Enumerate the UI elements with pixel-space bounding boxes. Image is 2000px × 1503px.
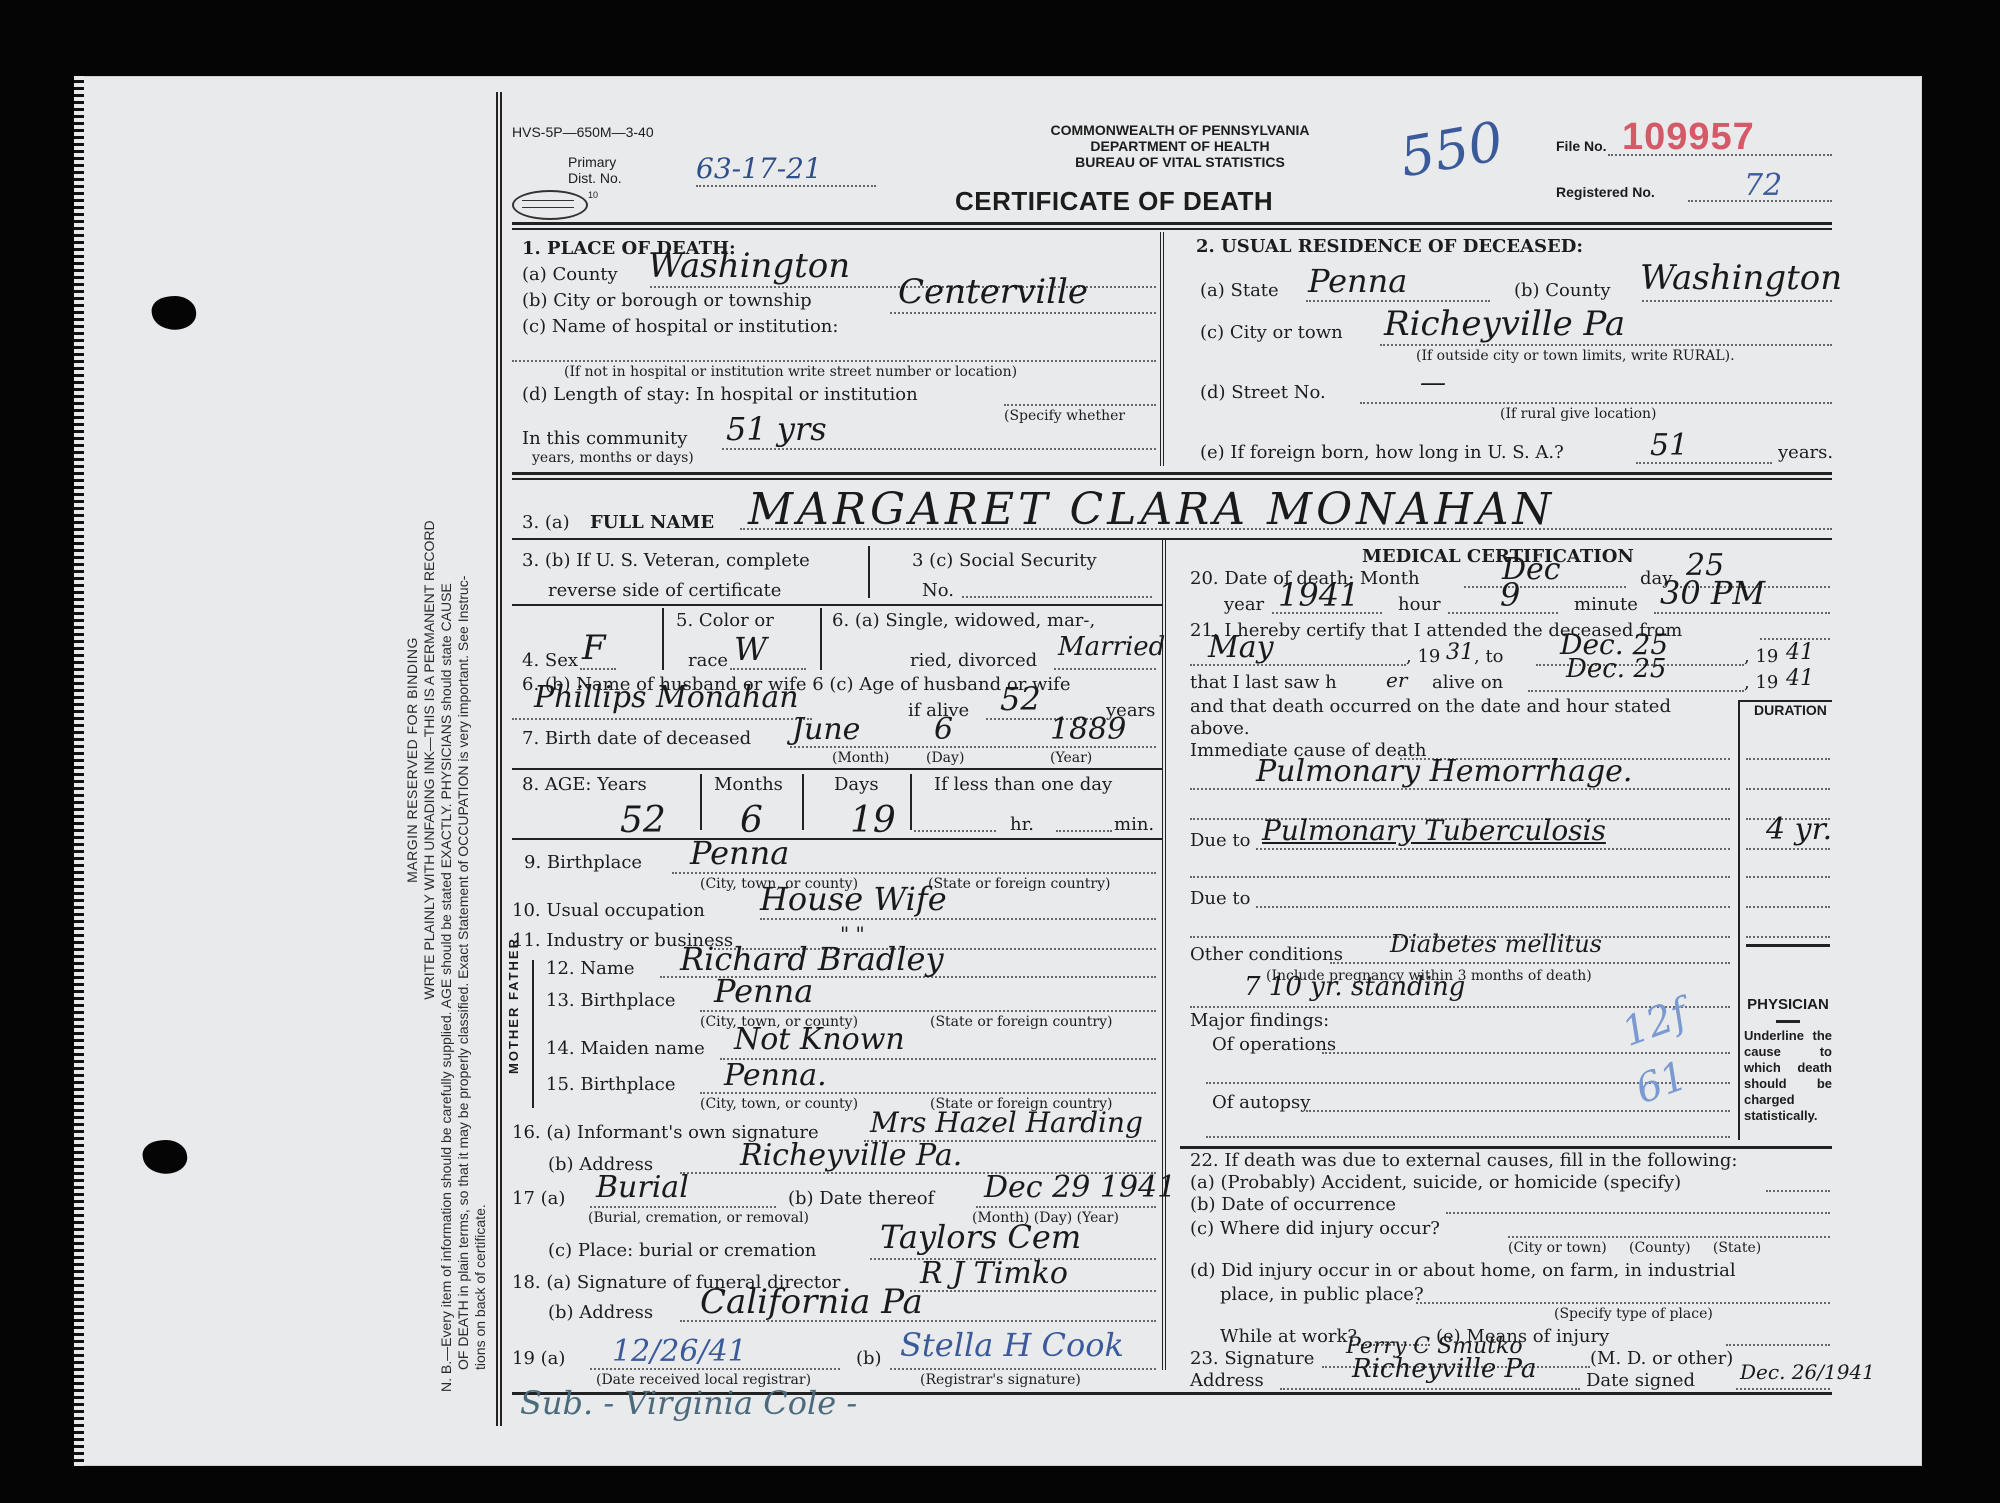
residence-street-value: —	[1420, 368, 1446, 398]
to-year-value: 41	[1786, 640, 1814, 665]
physician-note: Underline the cause to which death shoul…	[1744, 1028, 1832, 1124]
from-year-prefix: , 19	[1406, 646, 1440, 667]
to-label: , to	[1474, 646, 1504, 667]
agency-block: COMMONWEALTH OF PENNSYLVANIA DEPARTMENT …	[980, 122, 1380, 170]
operations-line	[1322, 1052, 1730, 1054]
burial-note: (Burial, cremation, or removal)	[588, 1210, 809, 1226]
due-to-1-duration: 4 yr.	[1766, 812, 1832, 847]
community-label: In this community	[522, 428, 687, 449]
race-label: 5. Color or	[676, 610, 774, 631]
major-findings-label: Major findings:	[1190, 1010, 1329, 1031]
parents-side-label: MOTHER FATHER	[506, 937, 521, 1074]
duration-column-divider	[1738, 700, 1740, 1140]
foreign-years-value: 51	[1650, 428, 1688, 463]
due-to-label: Due to	[1190, 830, 1250, 851]
death-minute-line	[1654, 612, 1830, 614]
hospital-line	[512, 360, 1156, 362]
father-birthplace-value: Penna	[714, 972, 813, 1010]
external-c-line	[1508, 1236, 1830, 1238]
death-year-label: year	[1224, 594, 1264, 615]
external-a-line	[1766, 1190, 1830, 1192]
agency-line: DEPARTMENT OF HEALTH	[980, 138, 1380, 154]
sex-value: F	[582, 628, 606, 668]
perforated-binding-edge	[74, 76, 84, 1466]
father-birthplace-label: 13. Birthplace	[546, 990, 676, 1011]
date-received-value: 12/26/41	[612, 1334, 747, 1369]
state-note: (State or foreign country)	[930, 1014, 1112, 1030]
due-to-1-value: Pulmonary Tuberculosis	[1262, 814, 1606, 847]
due-to-label-2: Due to	[1190, 888, 1250, 909]
primary-dist-number: 63-17-21	[696, 152, 876, 187]
physician-address-line	[1280, 1388, 1580, 1390]
burial-date-label: (b) Date thereof	[788, 1188, 934, 1209]
physician-dash	[1776, 1020, 1800, 1023]
street-label: (d) Street No.	[1200, 382, 1326, 403]
external-d-line	[1416, 1302, 1830, 1304]
cell-divider	[868, 546, 870, 598]
father-birthplace-line	[700, 1010, 1156, 1012]
autopsy-label: Of autopsy	[1212, 1092, 1310, 1113]
external-c-label: (c) Where did injury occur?	[1190, 1218, 1440, 1239]
marital-label: ried, divorced	[910, 650, 1037, 671]
burial-line	[590, 1206, 776, 1208]
to-year-prefix: , 19	[1744, 646, 1778, 667]
full-name-value: MARGARET CLARA MONAHAN	[748, 484, 1555, 535]
death-minute-label: minute	[1574, 594, 1638, 615]
date-signed-label: Date signed	[1586, 1370, 1695, 1391]
less-day-label: If less than one day	[934, 774, 1112, 795]
external-a-label: (a) (Probably) Accident, suicide, or hom…	[1190, 1172, 1681, 1193]
age-years-label: 8. AGE: Years	[522, 774, 647, 795]
attended-from-value: May	[1208, 630, 1274, 665]
primary-label: Primary	[568, 154, 622, 170]
autopsy-line-2	[1206, 1136, 1730, 1138]
margin-line: N. B.—Every item of information should b…	[438, 120, 455, 1400]
community-value: 51 yrs	[726, 410, 827, 448]
city-note: (City, town, or county)	[700, 1096, 858, 1112]
registrar-signature-value: Stella H Cook	[900, 1326, 1124, 1364]
union-label-seal-icon	[512, 190, 588, 220]
external-heading: 22. If death was due to external causes,…	[1190, 1150, 1737, 1171]
marital-line	[1054, 668, 1156, 670]
birth-day-value: 6	[934, 712, 953, 747]
director-address-value: California Pa	[700, 1282, 923, 1322]
units-note: years, months or days)	[532, 450, 694, 466]
duration-line	[1746, 848, 1830, 850]
file-no-label: File No.	[1556, 138, 1607, 154]
registrar-signature-line	[890, 1368, 1156, 1370]
res-city-line	[1380, 344, 1832, 346]
header-rule	[512, 228, 1832, 230]
section-rule	[512, 538, 1832, 540]
immediate-cause-value: Pulmonary Hemorrhage.	[1256, 754, 1632, 789]
director-address-label: (b) Address	[548, 1302, 653, 1323]
mother-maiden-label: 14. Maiden name	[546, 1038, 705, 1059]
father-name-label: 12. Name	[546, 958, 635, 979]
due-to-2-line	[1256, 906, 1730, 908]
residence-county-value: Washington	[1640, 258, 1842, 298]
duration-line	[1746, 936, 1830, 938]
duration-line	[1746, 876, 1830, 878]
column-divider	[1162, 540, 1166, 1370]
birthplace-value: Penna	[690, 834, 789, 872]
mother-maiden-value: Not Known	[734, 1022, 905, 1057]
burial-value: Burial	[596, 1170, 689, 1205]
mother-birthplace-value: Penna.	[724, 1058, 827, 1093]
parents-brace	[532, 960, 534, 1108]
age-days-value: 19	[850, 800, 896, 841]
residence-heading: 2. USUAL RESIDENCE OF DECEASED:	[1196, 236, 1583, 257]
duration-line	[1746, 758, 1830, 760]
section-rule	[1180, 1146, 1832, 1149]
residence-city-value: Richeyville Pa	[1384, 304, 1625, 344]
stay-label: (d) Length of stay: In hospital or insti…	[522, 384, 918, 405]
external-b-label: (b) Date of occurrence	[1190, 1194, 1396, 1215]
last-saw-year-value: 41	[1786, 666, 1814, 691]
margin-title: MARGIN RESERVED FOR BINDING	[404, 120, 421, 1400]
ss-line	[962, 596, 1152, 598]
funeral-director-value: R J Timko	[920, 1256, 1068, 1291]
autopsy-line	[1306, 1110, 1730, 1112]
age-days-label: Days	[834, 774, 879, 795]
city-line	[890, 312, 1156, 314]
external-b-line	[1446, 1212, 1830, 1214]
means-line	[1726, 1344, 1830, 1346]
registered-no-label: Registered No.	[1556, 184, 1655, 200]
registrar-note: (Registrar's signature)	[920, 1372, 1081, 1388]
birth-month-value: June	[792, 712, 860, 747]
marital-value: Married	[1058, 632, 1165, 662]
age-months-label: Months	[714, 774, 783, 795]
birthplace-label: 9. Birthplace	[524, 852, 642, 873]
hr-label: hr.	[1010, 814, 1034, 835]
cell-divider	[820, 608, 822, 670]
duration-heading: DURATION	[1754, 702, 1827, 718]
rural-location-note: (If rural give location)	[1500, 406, 1657, 422]
hr-line	[914, 830, 996, 832]
race-line	[730, 668, 806, 670]
column-divider	[1160, 232, 1164, 466]
margin-line: WRITE PLAINLY WITH UNFADING INK—THIS IS …	[421, 120, 438, 1400]
external-d-label: (d) Did injury occur in or about home, o…	[1190, 1260, 1736, 1281]
state-line	[1306, 300, 1490, 302]
due-to-line-2	[1190, 876, 1730, 878]
state-note: (State or foreign country)	[928, 876, 1110, 892]
spouse-age-value: 52	[1000, 680, 1041, 718]
margin-line: OF DEATH in plain terms, so that it may …	[455, 120, 472, 1400]
external-d-note: (Specify type of place)	[1554, 1306, 1713, 1322]
year-note: (Year)	[1050, 750, 1092, 766]
cell-divider	[662, 608, 664, 670]
agency-line: COMMONWEALTH OF PENNSYLVANIA	[980, 122, 1380, 138]
res-city-label: (c) City or town	[1200, 322, 1343, 343]
from-year-value: 31	[1446, 640, 1474, 665]
community-line	[722, 448, 1156, 450]
agency-line: BUREAU OF VITAL STATISTICS	[980, 154, 1380, 170]
section-rule	[512, 472, 1832, 475]
seal-number: 10	[588, 190, 598, 200]
occupation-value: House Wife	[760, 880, 947, 918]
header-rule	[512, 222, 1832, 225]
binding-rule	[496, 92, 502, 1426]
spouse-name-value: Phillips Monahan	[534, 680, 799, 715]
mother-birthplace-label: 15. Birthplace	[546, 1074, 676, 1095]
due-to-line	[1256, 848, 1730, 850]
burial-date-line	[976, 1206, 1156, 1208]
duration-line	[1746, 788, 1830, 790]
full-name-num: 3. (a)	[522, 512, 570, 533]
death-year-value: 1941	[1278, 576, 1359, 614]
month-note: (Month)	[832, 750, 889, 766]
last-saw-year-prefix: , 19	[1744, 672, 1778, 693]
dist-label: Dist. No.	[568, 170, 622, 186]
race-label: race	[688, 650, 728, 671]
occupation-line	[760, 918, 1156, 920]
birthplace-line	[672, 872, 1156, 874]
burial-place-value: Taylors Cem	[880, 1218, 1081, 1256]
occupation-label: 10. Usual occupation	[512, 900, 705, 921]
street-line	[1360, 402, 1832, 404]
primary-dist-label: Primary Dist. No.	[568, 154, 622, 186]
row-rule	[512, 838, 1162, 840]
ss-no-label: No.	[922, 580, 954, 601]
hospital-note: (If not in hospital or institution write…	[564, 364, 1017, 380]
file-number-stamp: 109957	[1622, 116, 1755, 159]
specify-note: (Specify whether	[1004, 408, 1125, 424]
death-hour-value: 9	[1500, 576, 1520, 614]
substitute-registrar-note: Sub. - Virginia Cole -	[520, 1384, 857, 1422]
operations-label: Of operations	[1212, 1034, 1336, 1055]
external-d-label: place, in public place?	[1220, 1284, 1424, 1305]
birth-date-label: 7. Birth date of deceased	[522, 728, 751, 749]
physician-signature-label: 23. Signature	[1190, 1348, 1314, 1369]
registered-number: 72	[1744, 168, 1782, 203]
cell-divider	[802, 774, 804, 830]
margin-line: tions on back of certificate.	[472, 120, 489, 1400]
section-rule	[512, 478, 1832, 480]
date-signed-value: Dec. 26/1941	[1740, 1360, 1875, 1384]
date-signed-line	[1736, 1388, 1830, 1390]
informant-signature-value: Mrs Hazel Harding	[870, 1106, 1143, 1139]
marital-label: 6. (a) Single, widowed, mar-,	[832, 610, 1095, 631]
last-saw-label: that I last saw h	[1190, 672, 1337, 693]
ss-label: 3 (c) Social Security	[912, 550, 1097, 571]
res-county-line	[1642, 300, 1832, 302]
registrar-num: 19 (a)	[512, 1348, 565, 1369]
cell-divider	[910, 774, 912, 830]
physician-address-label: Address	[1190, 1370, 1264, 1391]
min-label: min.	[1114, 814, 1154, 835]
duration-end-rule	[1746, 944, 1830, 947]
cell-divider	[700, 774, 702, 830]
md-label: (M. D. or other)	[1590, 1348, 1733, 1369]
spouse-name-line	[512, 718, 812, 720]
day-note: (Day)	[926, 750, 964, 766]
while-at-work-label: While at work?	[1220, 1326, 1357, 1347]
informant-address-value: Richeyville Pa.	[740, 1138, 962, 1173]
other-conditions-label: Other conditions	[1190, 944, 1343, 965]
binding-margin-instructions: MARGIN RESERVED FOR BINDING WRITE PLAINL…	[404, 120, 489, 1400]
death-city-value: Centerville	[898, 272, 1088, 312]
alive-on-label: alive on	[1432, 672, 1503, 693]
stated-label: and that death occurred on the date and …	[1190, 696, 1671, 717]
birth-year-value: 1889	[1050, 712, 1126, 747]
residence-state-value: Penna	[1308, 262, 1407, 300]
hospital-label: (c) Name of hospital or institution:	[522, 316, 838, 337]
burial-date-value: Dec 29 1941	[984, 1170, 1176, 1205]
race-value: W	[734, 630, 767, 668]
certificate-title: CERTIFICATE OF DEATH	[955, 186, 1273, 217]
sex-line	[580, 668, 616, 670]
burial-num: 17 (a)	[512, 1188, 565, 1209]
stay-line	[1004, 404, 1156, 406]
last-saw-date-value: Dec. 25	[1566, 654, 1666, 684]
death-minute-value: 30 PM	[1660, 574, 1765, 612]
last-saw-date-line	[1528, 690, 1744, 692]
min-line	[1056, 830, 1112, 832]
burial-place-label: (c) Place: burial or cremation	[548, 1240, 816, 1261]
other-conditions-line	[1330, 962, 1730, 964]
foreign-born-label: (e) If foreign born, how long in U. S. A…	[1200, 442, 1564, 463]
rural-note: (If outside city or town limits, write R…	[1416, 348, 1735, 364]
veteran-label: 3. (b) If U. S. Veteran, complete	[522, 550, 810, 571]
county-label: (a) County	[522, 264, 618, 285]
physician-address-value: Richeyville Pa	[1352, 1354, 1536, 1384]
death-hour-label: hour	[1398, 594, 1441, 615]
sex-label: 4. Sex	[522, 650, 578, 671]
state-label: (a) State	[1200, 280, 1279, 301]
row-rule	[512, 604, 1162, 606]
duration-line	[1746, 906, 1830, 908]
age-years-value: 52	[620, 800, 666, 841]
death-county-value: Washington	[648, 246, 850, 286]
above-label: above.	[1190, 718, 1250, 739]
city-label: (b) City or borough or township	[522, 290, 812, 311]
years-label: years.	[1778, 442, 1833, 463]
other-conditions-value-2: 7 10 yr. standing	[1244, 972, 1465, 1002]
last-saw-pronoun: er	[1386, 668, 1407, 692]
physician-heading: PHYSICIAN	[1746, 996, 1830, 1013]
other-conditions-value: Diabetes mellitus	[1390, 930, 1602, 958]
medical-heading: MEDICAL CERTIFICATION	[1362, 546, 1634, 567]
veteran-label: reverse side of certificate	[548, 580, 781, 601]
registrar-b-label: (b)	[856, 1348, 882, 1369]
res-county-label: (b) County	[1514, 280, 1611, 301]
form-code: HVS-5P—650M—3-40	[512, 124, 654, 140]
external-c-note: (City or town) (County) (State)	[1508, 1240, 1761, 1256]
row-rule	[512, 768, 1162, 770]
full-name-label: FULL NAME	[590, 512, 714, 533]
